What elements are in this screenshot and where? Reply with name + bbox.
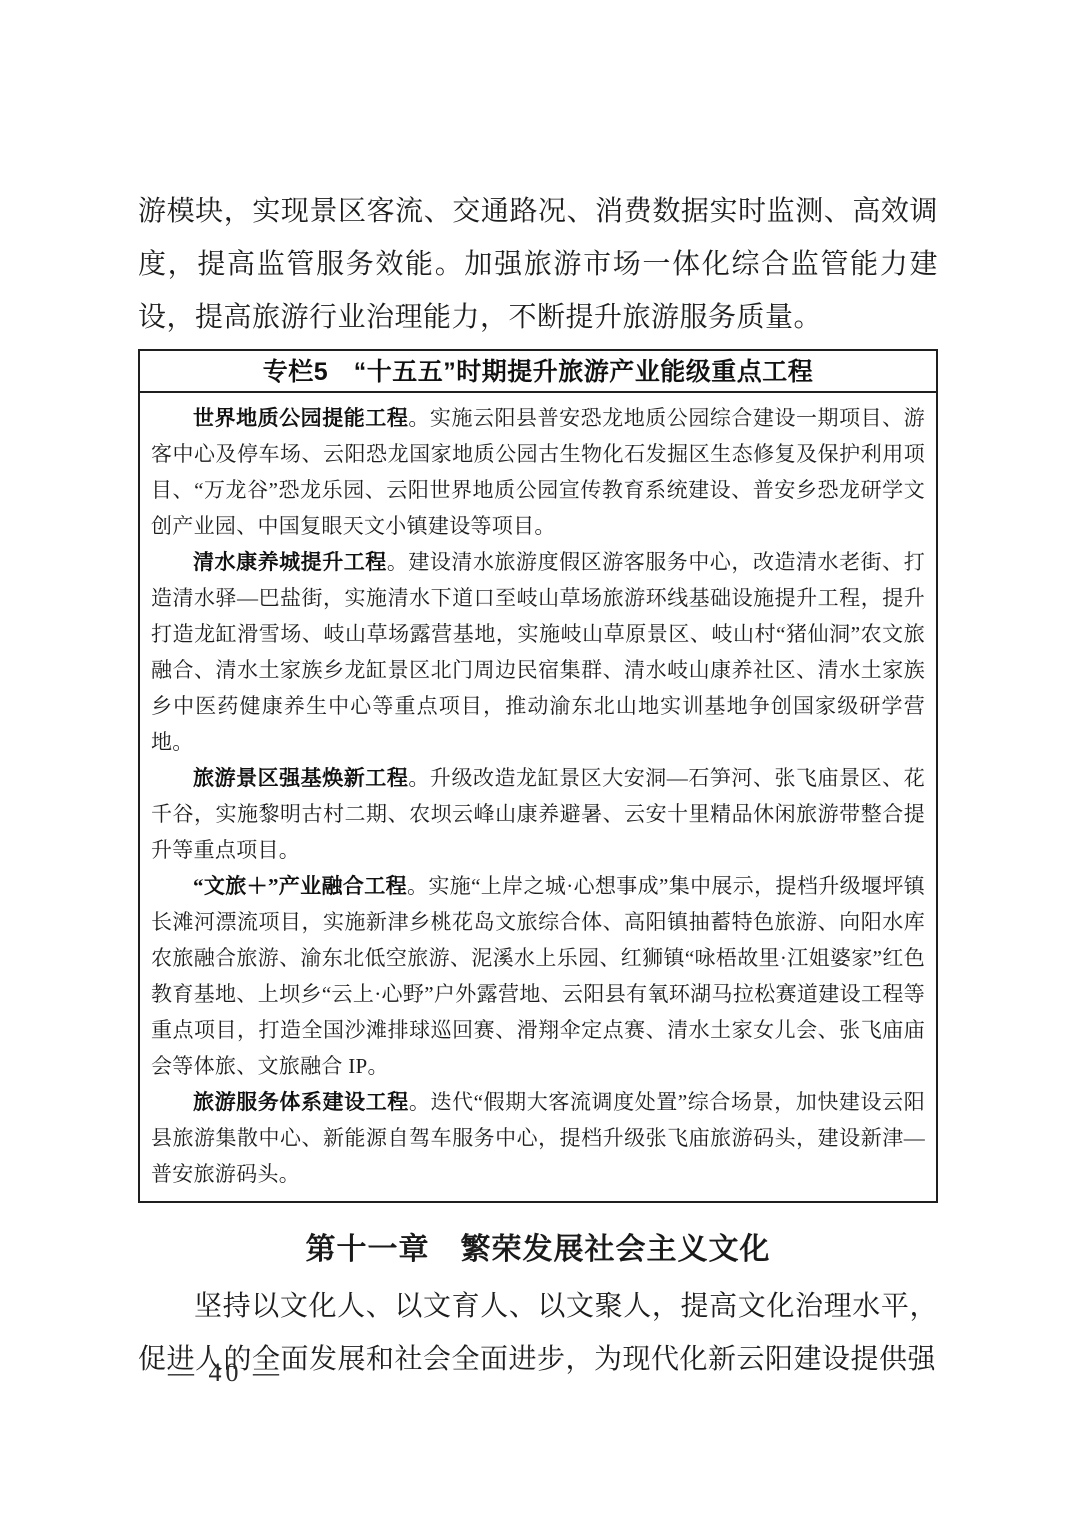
intro-paragraph: 游模块，实现景区客流、交通路况、消费数据实时监测、高效调度，提高监管服务效能。加…: [138, 185, 938, 344]
box-paragraph-qingshui: 清水康养城提升工程。建设清水旅游度假区游客服务中心，改造清水老街、打造清水驿—巴…: [151, 544, 925, 760]
box-paragraph-lead: 旅游景区强基焕新工程: [193, 766, 408, 790]
box-paragraph-lead: 清水康养城提升工程: [193, 550, 387, 574]
page-content: 游模块，实现景区客流、交通路况、消费数据实时监测、高效调度，提高监管服务效能。加…: [138, 0, 938, 1386]
box-paragraph-lead: “文旅＋”产业融合工程: [193, 874, 407, 898]
box-paragraph-culture-tourism-plus: “文旅＋”产业融合工程。实施“上岸之城·心想事成”集中展示，提档升级堰坪镇长滩河…: [151, 868, 925, 1084]
feature-box-body: 世界地质公园提能工程。实施云阳县普安恐龙地质公园综合建设一期项目、游客中心及停车…: [140, 393, 936, 1201]
box-paragraph-scenic-renewal: 旅游景区强基焕新工程。升级改造龙缸景区大安洞—石笋河、张飞庙景区、花千谷，实施黎…: [151, 760, 925, 868]
box-paragraph-lead: 旅游服务体系建设工程: [193, 1090, 409, 1114]
page-number: — 40 —: [168, 1358, 283, 1388]
feature-box-title: 专栏5 “十五五”时期提升旅游产业能级重点工程: [140, 351, 936, 393]
box-paragraph-service-system: 旅游服务体系建设工程。迭代“假期大客流调度处置”综合场景，加快建设云阳县旅游集散…: [151, 1084, 925, 1192]
box-paragraph-geopark: 世界地质公园提能工程。实施云阳县普安恐龙地质公园综合建设一期项目、游客中心及停车…: [151, 400, 925, 544]
box-paragraph-text: 。实施“上岸之城·心想事成”集中展示，提档升级堰坪镇长滩河漂流项目，实施新津乡桃…: [151, 874, 925, 1078]
chapter-heading: 第十一章 繁荣发展社会主义文化: [138, 1227, 938, 1273]
box-paragraph-text: 。建设清水旅游度假区游客服务中心，改造清水老街、打造清水驿—巴盐街，实施清水下道…: [151, 550, 925, 754]
feature-box: 专栏5 “十五五”时期提升旅游产业能级重点工程 世界地质公园提能工程。实施云阳县…: [138, 349, 938, 1203]
document-page: 游模块，实现景区客流、交通路况、消费数据实时监测、高效调度，提高监管服务效能。加…: [0, 0, 1074, 1520]
box-paragraph-lead: 世界地质公园提能工程: [193, 406, 408, 430]
